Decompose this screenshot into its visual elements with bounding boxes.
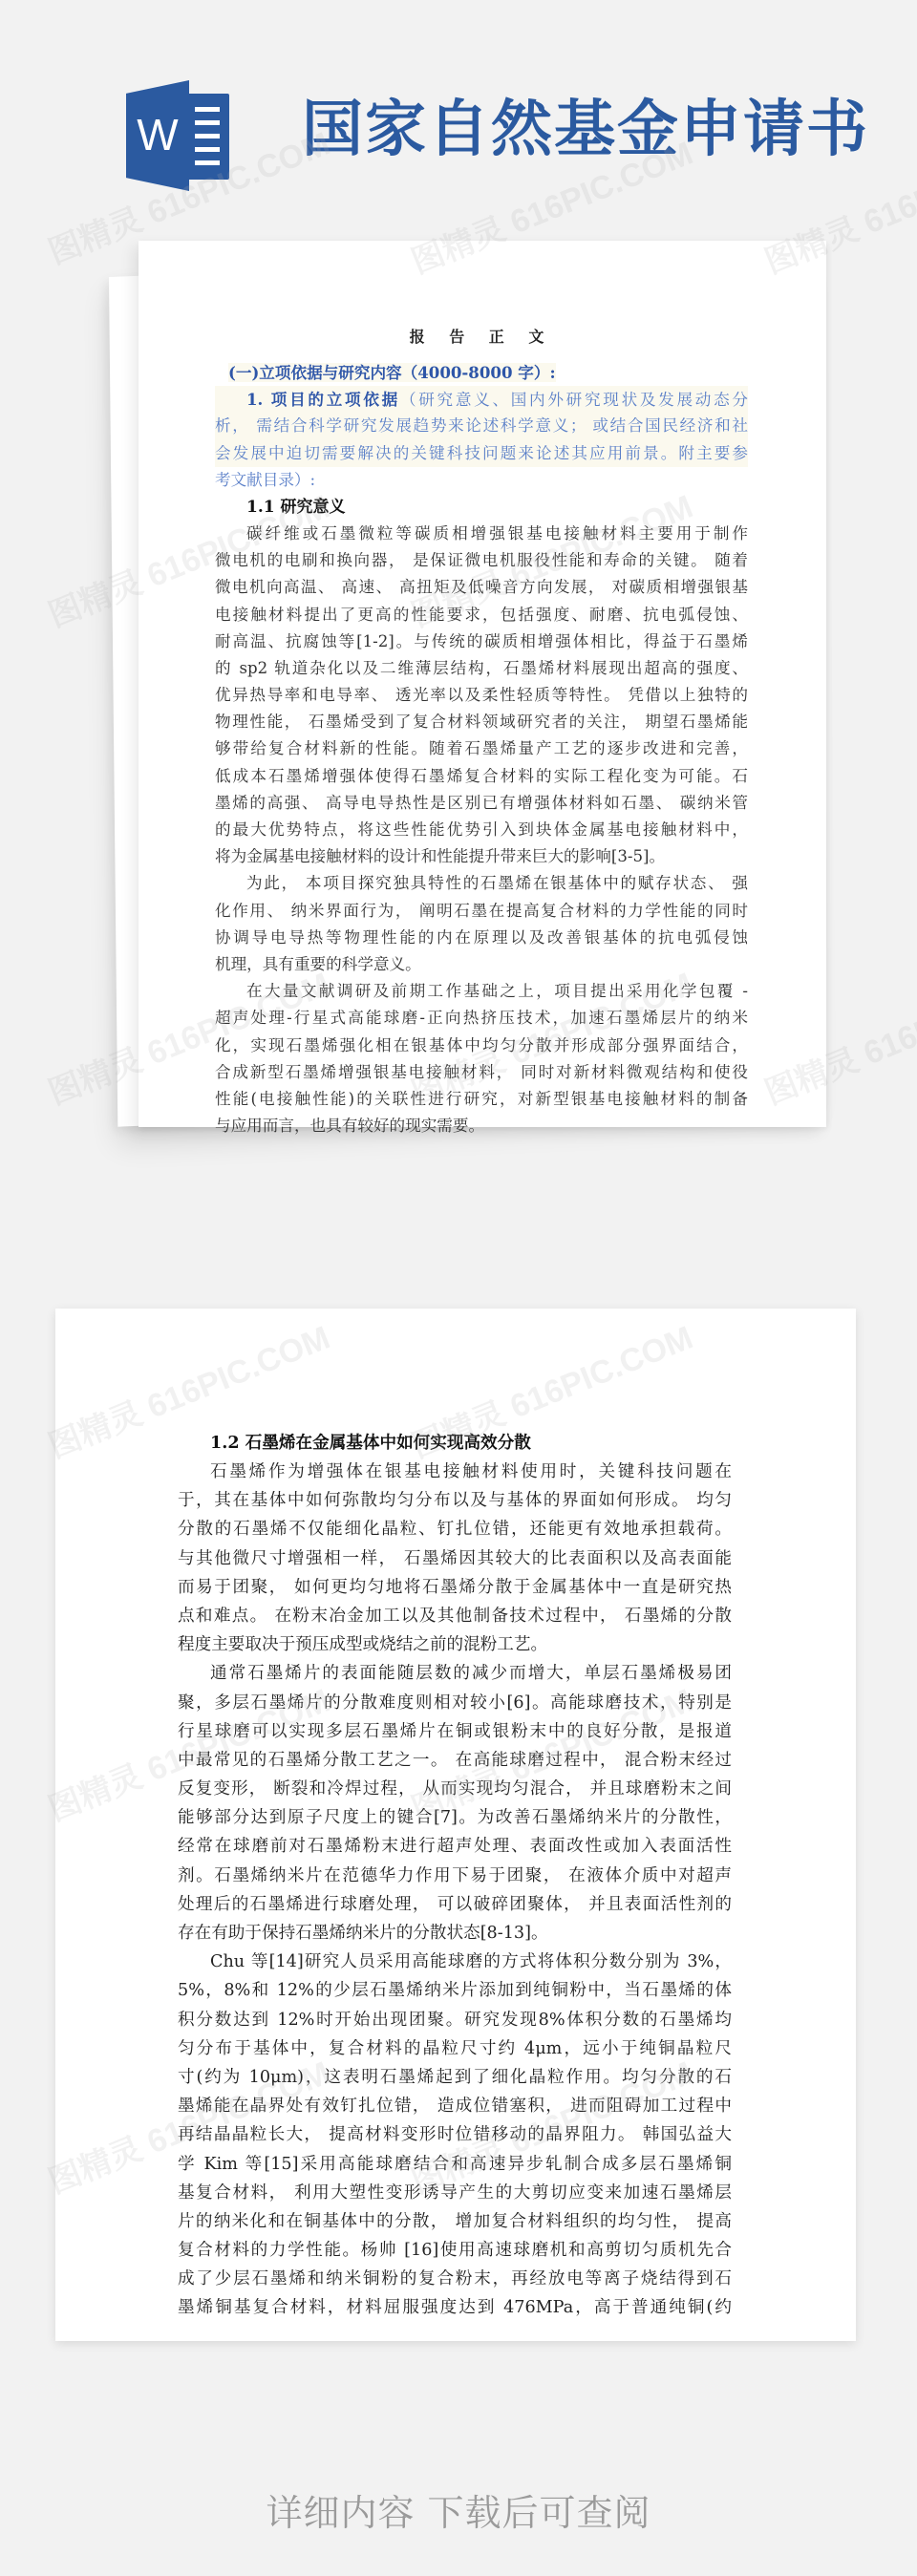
paragraph-line: Chu 等[14]研究人员采用高能球磨的方式将体积分数分别为 3%， [178, 1948, 732, 1976]
word-document-icon: W [126, 80, 229, 191]
paragraph-line: 耐高温、抗腐蚀等[1-2]。与传统的碳质相增强体相比，得益于石墨烯 [215, 628, 748, 655]
document-page-1: 报 告 正 文 (一)立项依据与研究内容（4000-8000 字）: 1. 项目… [139, 241, 826, 1127]
paragraph-line: 片的纳米化和在铜基体中的分散， 增加复合材料组织的均匀性， 提高 [178, 2207, 732, 2236]
item1-line: 考文献目录）: [215, 467, 748, 494]
paragraph-line: 能够部分达到原子尺度上的键合[7]。为改善石墨烯纳米片的分散性， [178, 1803, 732, 1832]
paragraph-line: 微电机向高温、 高速、 高扭矩及低噪音方向发展， 对碳质相增强银基 [215, 574, 748, 601]
item1-line: 析， 需结合科学研究发展趋势来论述科学意义； 或结合国民经济和社 [215, 413, 748, 439]
paragraph-line: 合成新型石墨烯增强银基电接触材料， 同时对新材料微观结构和使役 [215, 1059, 748, 1086]
paragraph-line: 物理性能， 石墨烯受到了复合材料领域研究者的关注， 期望石墨烯能 [215, 709, 748, 735]
paragraph-line: 碳纤维或石墨微粒等碳质相增强银基电接触材料主要用于制作 [215, 521, 748, 547]
paragraph-line: 反复变形， 断裂和冷焊过程， 从而实现均匀混合， 并且球磨粉末之间 [178, 1775, 732, 1803]
document-page-2: 1.2 石墨烯在金属基体中如何实现高效分散 石墨烯作为增强体在银基电接触材料使用… [55, 1309, 856, 2341]
paragraph-line: 点和难点。 在粉末冶金加工以及其他制备技术过程中， 石墨烯的分散 [178, 1602, 732, 1630]
paragraph-line: 墨烯铜基复合材料，材料屈服强度达到 476MPa，高于普通纯铜(约 [178, 2293, 732, 2322]
paragraph-line: 在大量文献调研及前期工作基础之上，项目提出采用化学包覆 - [215, 978, 748, 1005]
paragraph-line: 机理，具有重要的科学意义。 [215, 951, 748, 978]
paragraph-line: 学 Kim 等[15]采用高能球磨结合和高速异步轧制合成多层石墨烯铜 [178, 2150, 732, 2179]
subheading-research-significance: 1.1 研究意义 [215, 494, 748, 521]
paragraph-line: 处理后的石墨烯进行球磨处理， 可以破碎团聚体， 并且表面活性剂的 [178, 1890, 732, 1919]
paragraph-line: 于，其在基体中如何弥散均匀分布以及与基体的界面如何形成。 均匀 [178, 1486, 732, 1515]
paragraph-line: 匀分布于基体中，复合材料的晶粒尺寸约 4μm，远小于纯铜晶粒尺 [178, 2034, 732, 2063]
paragraph-line: 为此， 本项目探究独具特性的石墨烯在银基体中的赋存状态、 强 [215, 870, 748, 897]
paragraph-line: 的最大优势特点，将这些性能优势引入到块体金属基电接触材料中， [215, 817, 748, 843]
paragraph-line: 行星球磨可以实现多层石墨烯片在铜或银粉末中的良好分散，是报道 [178, 1717, 732, 1746]
page-2-content: 1.2 石墨烯在金属基体中如何实现高效分散 石墨烯作为增强体在银基电接触材料使用… [178, 1429, 732, 2323]
word-icon-line [195, 107, 220, 112]
paragraph-line: 再结晶晶粒长大， 提高材料变形时位错移动的晶界阻力。 韩国弘益大 [178, 2120, 732, 2149]
report-title: 报 告 正 文 [215, 325, 748, 350]
paragraph-line: 存在有助于保持石墨烯纳米片的分散状态[8-13]。 [178, 1919, 732, 1948]
paragraph-line: 经常在球磨前对石墨烯粉末进行超声处理、表面改性或加入表面活性 [178, 1832, 732, 1861]
paragraph-line: 聚，多层石墨烯片的分散难度则相对较小[6]。高能球磨技术，特别是 [178, 1689, 732, 1717]
paragraph-line: 的 sp2 轨道杂化以及二维薄层结构，石墨烯材料展现出超高的强度、 [215, 655, 748, 682]
paragraph-line: 化，实现石墨烯强化相在银基体中均匀分散并形成部分强界面结合， [215, 1033, 748, 1059]
paragraph-line: 5%，8%和 12%的少层石墨烯纳米片添加到纯铜粉中，当石墨烯的体 [178, 1976, 732, 2005]
paragraph-line: 低成本石墨烯增强体使得石墨烯复合材料的实际工程化变为可能。石 [215, 763, 748, 790]
item1-line: 1. 项目的立项依据（研究意义、国内外研究现状及发展动态分 [215, 386, 748, 413]
paragraph-line: 墨烯的高强、 高导电导热性是区别已有增强体材料如石墨、 碳纳米管 [215, 790, 748, 817]
page-1-content: 报 告 正 文 (一)立项依据与研究内容（4000-8000 字）: 1. 项目… [215, 325, 748, 1139]
section-heading-text: (一)立项依据与研究内容（4000-8000 字）: [228, 363, 556, 382]
word-icon-line [195, 120, 220, 125]
word-icon-line [195, 160, 220, 165]
paragraph-line: 够带给复合材料新的性能。随着石墨烯量产工艺的逐步改进和完善， [215, 735, 748, 762]
item1-label: 1. 项目的立项依据 [246, 390, 400, 409]
word-icon-letter: W [136, 113, 180, 157]
word-icon-line [195, 147, 220, 152]
download-hint: 详细内容 下载后可查阅 [0, 2483, 917, 2536]
paragraph-line: 寸(约为 10μm)，这表明石墨烯起到了细化晶粒作用。均匀分散的石 [178, 2063, 732, 2092]
paragraph-line: 协调导电导热等物理性能的内在原理以及改善银基体的抗电弧侵蚀 [215, 925, 748, 951]
item1-text: （研究意义、国内外研究现状及发展动态分 [400, 391, 748, 409]
paragraph-line: 化作用、 纳米界面行为， 阐明石墨在提高复合材料的力学性能的同时 [215, 898, 748, 925]
paragraph-line: 复合材料的力学性能。杨帅 [16]使用高速球磨机和高剪切匀质机先合 [178, 2236, 732, 2265]
item1-line: 会发展中迫切需要解决的关键科技问题来论述其应用前景。附主要参 [215, 440, 748, 467]
paragraph-line: 微电机的电刷和换向器， 是保证微电机服役性能和寿命的关键。 随着 [215, 547, 748, 574]
paragraph-line: 与其他微尺寸增强相一样， 石墨烯因其较大的比表面积以及高表面能 [178, 1544, 732, 1573]
paragraph-line: 成了少层石墨烯和纳米铜粉的复合粉末，再经放电等离子烧结得到石 [178, 2265, 732, 2293]
paragraph-line: 通常石墨烯片的表面能随层数的减少而增大，单层石墨烯极易团 [178, 1659, 732, 1688]
paragraph-line: 而易于团聚， 如何更均匀地将石墨烯分散于金属基体中一直是研究热 [178, 1573, 732, 1602]
banner-title: 国家自然基金申请书 [302, 92, 869, 168]
paragraph-line: 与应用而言，也具有较好的现实需要。 [215, 1113, 748, 1139]
paragraph-line: 性能(电接触性能)的关联性进行研究，对新型银基电接触材料的制备 [215, 1086, 748, 1113]
paragraph-line: 将为金属基电接触材料的设计和性能提升带来巨大的影响[3-5]。 [215, 843, 748, 870]
section-heading: (一)立项依据与研究内容（4000-8000 字）: [215, 359, 748, 386]
paragraph-line: 电接触材料提出了更高的性能要求，包括强度、耐磨、抗电弧侵蚀、 [215, 602, 748, 628]
paragraph-line: 基复合材料， 利用大塑性变形诱导产生的大剪切应变来加速石墨烯层 [178, 2179, 732, 2207]
word-icon-line [195, 134, 220, 138]
paragraph-line: 中最常见的石墨烯分散工艺之一。 在高能球磨过程中， 混合粉末经过 [178, 1746, 732, 1775]
paragraph-line: 墨烯能在晶界处有效钉扎位错， 造成位错塞积， 进而阻碍加工过程中 [178, 2092, 732, 2120]
paragraph-line: 优异热导率和电导率、 透光率以及柔性轻质等特性。 凭借以上独特的 [215, 682, 748, 709]
paragraph-line: 剂。石墨烯纳米片在范德华力作用下易于团聚， 在液体介质中对超声 [178, 1862, 732, 1890]
paragraph-line: 超声处理-行星式高能球磨-正向热挤压技术，加速石墨烯层片的纳米 [215, 1005, 748, 1032]
paragraph-line: 程度主要取决于预压成型或烧结之前的混粉工艺。 [178, 1630, 732, 1659]
paragraph-line: 积分数达到 12%时开始出现团聚。研究发现8%体积分数的石墨烯均 [178, 2006, 732, 2034]
subheading-dispersion: 1.2 石墨烯在金属基体中如何实现高效分散 [178, 1429, 732, 1458]
paragraph-line: 分散的石墨烯不仅能细化晶粒、钉扎位错，还能更有效地承担载荷。 [178, 1515, 732, 1543]
header-banner: W 国家自然基金申请书 [0, 0, 917, 229]
paragraph-line: 石墨烯作为增强体在银基电接触材料使用时，关键科技问题在 [178, 1458, 732, 1486]
